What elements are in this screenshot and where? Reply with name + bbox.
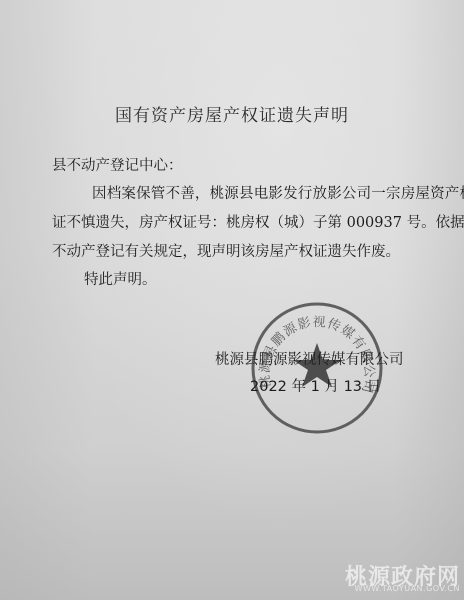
salutation: 县不动产登记中心： <box>52 154 183 175</box>
signature-date: 2022 年 1 月 13 日 <box>250 375 381 396</box>
closing-line: 特此声明。 <box>84 268 157 289</box>
body-line: 证不慎遗失，房产权证号：桃房权（城）子第 000937 号。依据 <box>52 211 464 232</box>
signature-company: 桃源县鹏源影视传媒有限公司 <box>215 348 404 369</box>
watermark-url: WWW.TAOYUAN.GOV.CN <box>355 584 460 593</box>
body-line: 不动产登记有关规定，现声明该房屋产权证遗失作废。 <box>52 240 400 261</box>
document-title: 国有资产房屋产权证遗失声明 <box>0 101 464 126</box>
body-line: 因档案保管不善，桃源县电影发行放影公司一宗房屋资产权 <box>92 182 464 203</box>
paper-shading <box>0 0 464 600</box>
